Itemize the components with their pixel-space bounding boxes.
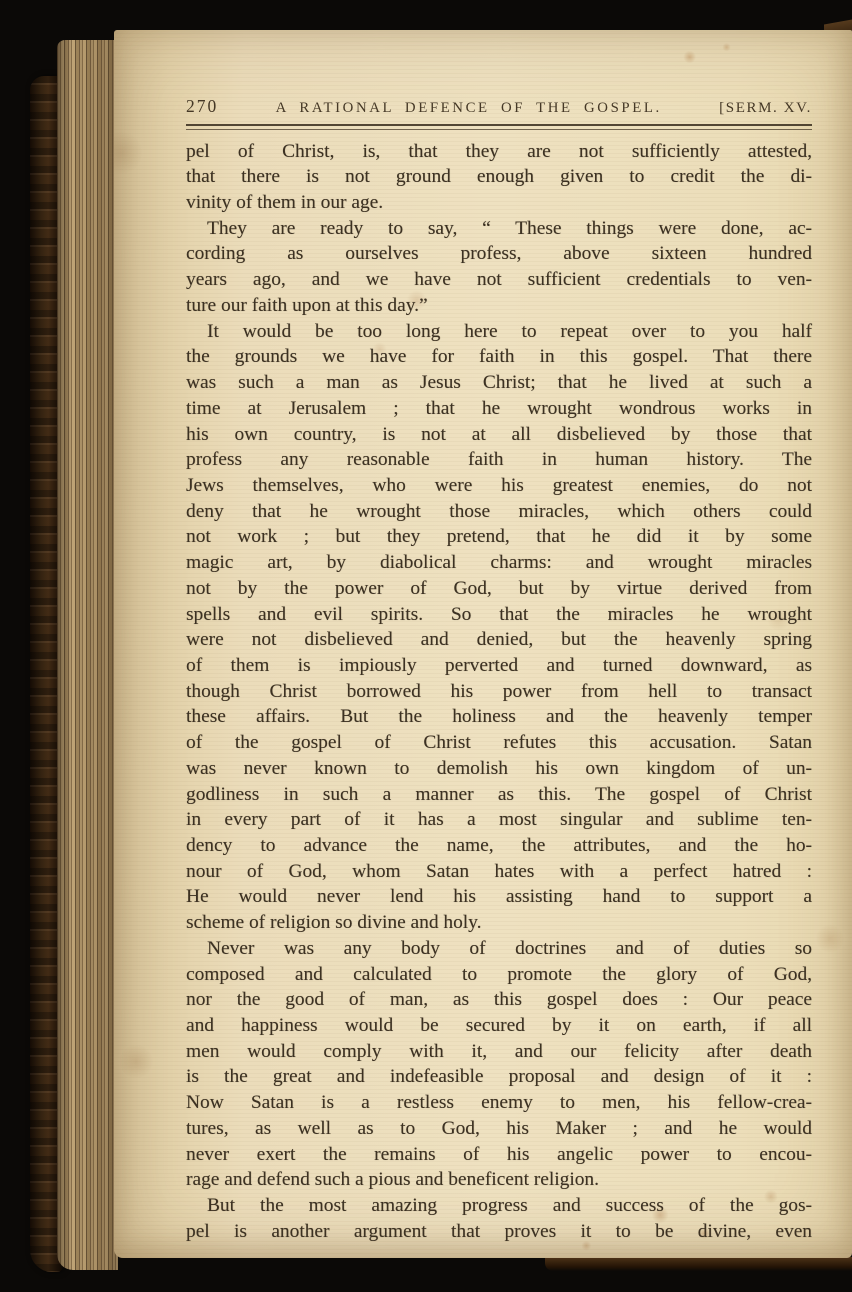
text-line: these affairs. But the holiness and the … xyxy=(186,704,812,730)
text-line: He would never lend his assisting hand t… xyxy=(186,884,812,910)
running-title: A RATIONAL DEFENCE OF THE GOSPEL. xyxy=(218,100,719,117)
text-line: They are ready to say, “ These things we… xyxy=(186,216,812,242)
text-line: and happiness would be secured by it on … xyxy=(186,1013,812,1039)
text-line: though Christ borrowed his power from he… xyxy=(186,679,812,705)
text-line: nour of God, whom Satan hates with a per… xyxy=(186,859,812,885)
text-line: time at Jerusalem ; that he wrought wond… xyxy=(186,396,812,422)
page-number: 270 xyxy=(186,96,218,117)
text-line: that there is not ground enough given to… xyxy=(186,164,812,190)
text-line: years ago, and we have not sufficient cr… xyxy=(186,267,812,293)
header-rule xyxy=(186,124,812,130)
text-line: nor the good of man, as this gospel does… xyxy=(186,987,812,1013)
text-line: is the great and indefeasible proposal a… xyxy=(186,1064,812,1090)
text-line: of the gospel of Christ refutes this acc… xyxy=(186,730,812,756)
text-line: rage and defend such a pious and benefic… xyxy=(186,1167,812,1193)
paragraph: They are ready to say, “ These things we… xyxy=(186,216,812,319)
text-line: was never known to demolish his own king… xyxy=(186,756,812,782)
text-line: deny that he wrought those miracles, whi… xyxy=(186,499,812,525)
text-line: was such a man as Jesus Christ; that he … xyxy=(186,370,812,396)
text-line: dency to advance the name, the attribute… xyxy=(186,833,812,859)
text-line: tures, as well as to God, his Maker ; an… xyxy=(186,1116,812,1142)
paragraph: pel of Christ, is, that they are not suf… xyxy=(186,139,812,216)
text-line: magic art, by diabolical charms: and wro… xyxy=(186,550,812,576)
page-body: pel of Christ, is, that they are not suf… xyxy=(186,139,812,1245)
page-edges xyxy=(57,40,118,1270)
text-line: in every part of it has a most singular … xyxy=(186,807,812,833)
text-line: were not disbelieved and denied, but the… xyxy=(186,627,812,653)
book-page: 270 A RATIONAL DEFENCE OF THE GOSPEL. [S… xyxy=(114,30,852,1258)
paragraph: But the most amazing progress and succes… xyxy=(186,1193,812,1244)
paragraph: It would be too long here to repeat over… xyxy=(186,319,812,936)
text-line: spells and evil spirits. So that the mir… xyxy=(186,602,812,628)
text-line: men would comply with it, and our felici… xyxy=(186,1039,812,1065)
text-line: But the most amazing progress and succes… xyxy=(186,1193,812,1219)
text-line: godliness in such a manner as this. The … xyxy=(186,782,812,808)
text-line: the grounds we have for faith in this go… xyxy=(186,344,812,370)
text-line: profess any reasonable faith in human hi… xyxy=(186,447,812,473)
scan-background: 270 A RATIONAL DEFENCE OF THE GOSPEL. [S… xyxy=(0,0,852,1292)
text-line: cording as ourselves profess, above sixt… xyxy=(186,241,812,267)
text-line: pel is another argument that proves it t… xyxy=(186,1219,812,1245)
text-line: ture our faith upon at this day.” xyxy=(186,293,812,319)
text-line: never exert the remains of his angelic p… xyxy=(186,1142,812,1168)
running-header: 270 A RATIONAL DEFENCE OF THE GOSPEL. [S… xyxy=(186,96,812,117)
text-line: composed and calculated to promote the g… xyxy=(186,962,812,988)
text-line: Now Satan is a restless enemy to men, hi… xyxy=(186,1090,812,1116)
text-line: pel of Christ, is, that they are not suf… xyxy=(186,139,812,165)
text-line: vinity of them in our age. xyxy=(186,190,812,216)
text-line: scheme of religion so divine and holy. xyxy=(186,910,812,936)
text-line: not by the power of God, but by virtue d… xyxy=(186,576,812,602)
sermon-number-label: [SERM. XV. xyxy=(719,100,812,117)
text-line: Never was any body of doctrines and of d… xyxy=(186,936,812,962)
paragraph: Never was any body of doctrines and of d… xyxy=(186,936,812,1193)
cover-bottom-edge xyxy=(545,1257,852,1271)
text-line: not work ; but they pretend, that he did… xyxy=(186,524,812,550)
text-line: Jews themselves, who were his greatest e… xyxy=(186,473,812,499)
page-content: 270 A RATIONAL DEFENCE OF THE GOSPEL. [S… xyxy=(114,30,852,1245)
text-line: of them is impiously perverted and turne… xyxy=(186,653,812,679)
text-line: his own country, is not at all disbeliev… xyxy=(186,422,812,448)
text-line: It would be too long here to repeat over… xyxy=(186,319,812,345)
